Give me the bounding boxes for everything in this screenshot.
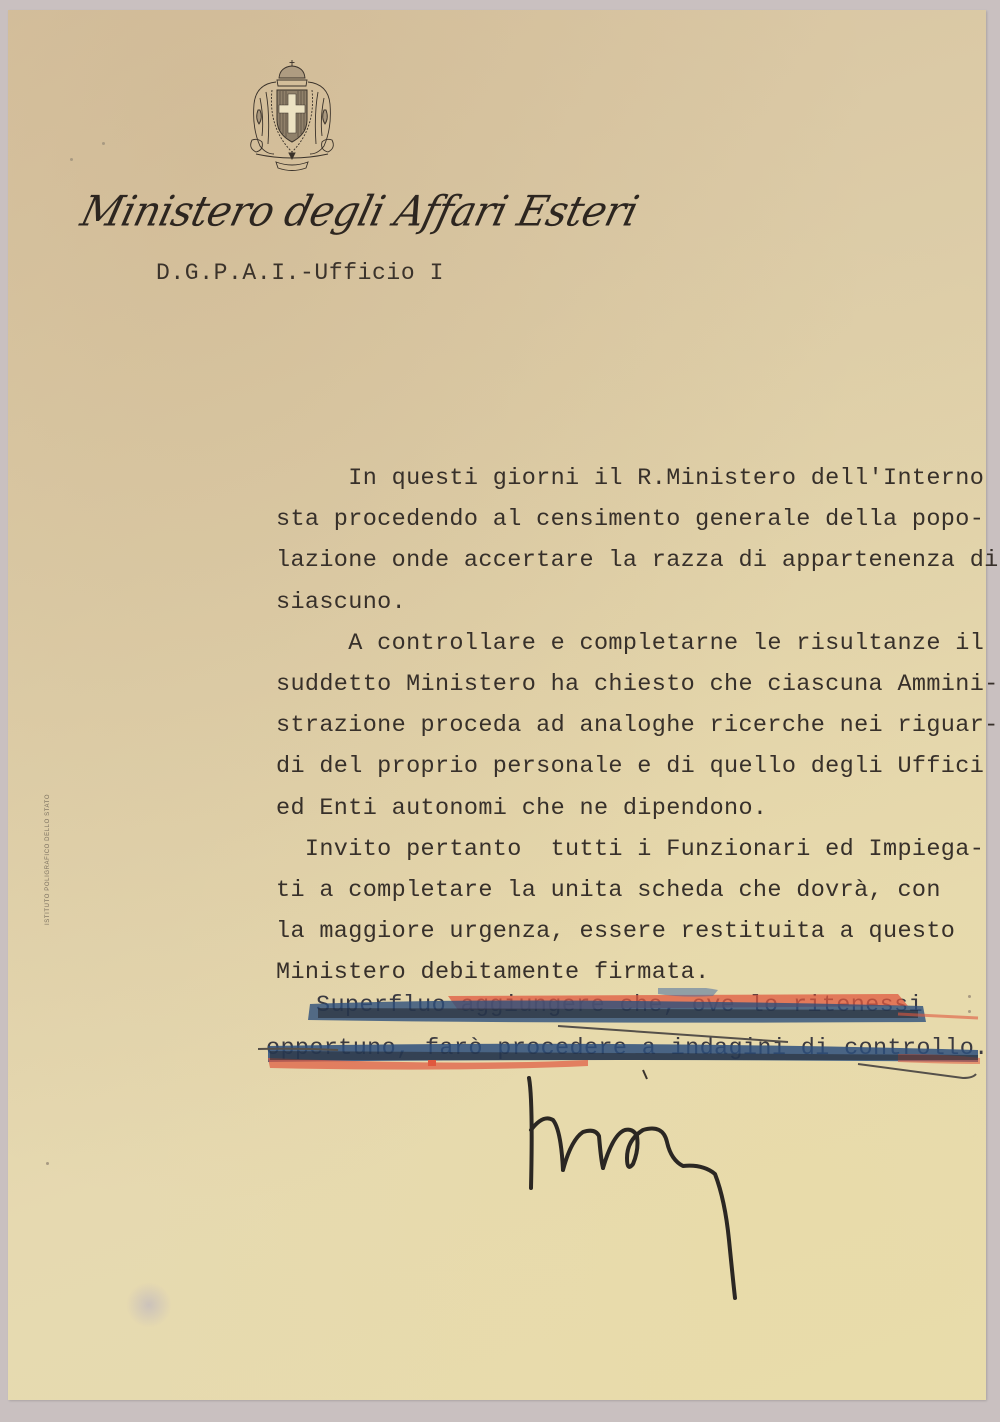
letter-sheet: Ministero degli Affari Esteri D.G.P.A.I.… <box>8 10 986 1400</box>
text-line: lazione onde accertare la razza di appar… <box>276 540 999 581</box>
paper-speck <box>70 158 73 161</box>
printer-imprint: ISTITUTO POLIGRAFICO DELLO STATO <box>45 775 51 925</box>
text-line: ti a completare la unita scheda che dovr… <box>276 870 999 911</box>
text-line: In questi giorni il R.Ministero dell'Int… <box>276 458 999 499</box>
handwritten-signature <box>513 1070 743 1310</box>
text-line: la maggiore urgenza, essere restituita a… <box>276 911 999 952</box>
savoy-coat-of-arms-icon <box>246 58 338 176</box>
paragraph-2: A controllare e completarne le risultanz… <box>276 623 999 829</box>
ministry-letterhead: Ministero degli Affari Esteri <box>76 188 643 236</box>
struck-out-sentence: Superfluo aggiungere che, ove lo ritenes… <box>258 988 998 1083</box>
text-line: sta procedendo al censimento generale de… <box>276 499 999 540</box>
text-line: di del proprio personale e di quello deg… <box>276 746 999 787</box>
paper-speck <box>46 1162 49 1165</box>
pencil-strikethrough <box>258 988 998 1083</box>
text-line: Invito pertanto tutti i Funzionari ed Im… <box>276 829 999 870</box>
text-line: suddetto Ministero ha chiesto che ciascu… <box>276 664 999 705</box>
paper-speck <box>968 995 971 998</box>
paragraph-3: Invito pertanto tutti i Funzionari ed Im… <box>276 829 999 994</box>
letter-body: In questi giorni il R.Ministero dell'Int… <box>276 458 999 993</box>
paragraph-1: In questi giorni il R.Ministero dell'Int… <box>276 458 999 623</box>
paper-stain <box>126 1282 172 1328</box>
office-reference: D.G.P.A.I.-Ufficio I <box>156 260 444 286</box>
text-line: siascuno. <box>276 582 999 623</box>
text-line: A controllare e completarne le risultanz… <box>276 623 999 664</box>
paper-speck <box>102 142 105 145</box>
paper-speck <box>968 1010 971 1013</box>
text-line: strazione proceda ad analoghe ricerche n… <box>276 705 999 746</box>
text-line: ed Enti autonomi che ne dipendono. <box>276 788 999 829</box>
